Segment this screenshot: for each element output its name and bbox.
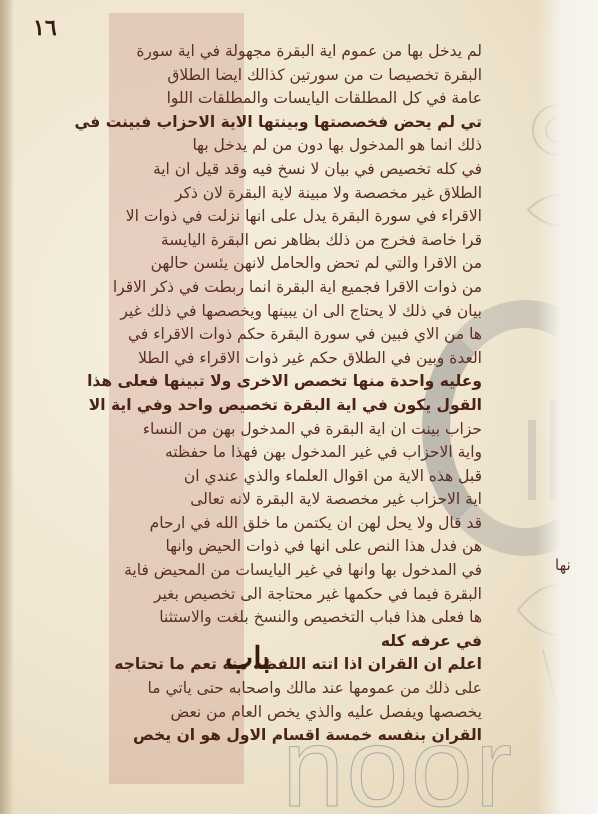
text-line: قرا خاصة فخرج من ذلك بظاهر نص البقرة الي… [42, 229, 482, 253]
text-line: في كله تخصيص في بيان لا نسخ فيه وقد قيل … [42, 158, 482, 182]
text-line: القول يكون في اية البقرة تخصيص واحد وفي … [42, 394, 482, 418]
text-line: الطلاق غير مخصصة ولا مبينة لاية البقرة ل… [42, 182, 482, 206]
text-line: من الاقرا والتي لم تحض والحامل لانهن يئس… [42, 252, 482, 276]
text-line: تي لم يحض فخصصتها وبينتها الاية الاحزاب … [42, 111, 482, 135]
text-line: البقرة فيما في حكمها غير محتاجة الى تخصي… [42, 583, 482, 607]
text-line: بيان في ذلك لا يحتاج الى ان يبينها ويخصص… [42, 300, 482, 324]
text-line: ها من الاي فبين في سورة البقرة حكم ذوات … [42, 323, 482, 347]
text-line: قد قال ولا يحل لهن ان يكتمن ما خلق الله … [42, 512, 482, 536]
text-line: لم يدخل بها من عموم اية البقرة مجهولة في… [42, 40, 482, 64]
text-line: واية الاحزاب في غير المدخول بهن فهذا ما … [42, 441, 482, 465]
page-edge-right [536, 0, 598, 814]
text-line: الاقراء في سورة البقرة يدل على انها نزلت… [42, 205, 482, 229]
text-line: على ذلك من عمومها عند مالك واصحابه حتى ي… [42, 677, 482, 701]
text-line: عامة في كل المطلقات اليايسات والمطلقات ا… [42, 87, 482, 111]
watermark-text: noor [282, 718, 514, 814]
text-line: هن فدل هذا النص على انها في ذوات الحيض و… [42, 535, 482, 559]
text-line: قبل هذه الاية من اقوال العلماء والذي عند… [42, 465, 482, 489]
folio-number: ١٦ [33, 15, 57, 41]
text-line: حزاب بينت ان اية البقرة في المدخول بهن م… [42, 418, 482, 442]
text-line: من ذوات الاقرا فجميع اية البقرة انما ربط… [42, 276, 482, 300]
chapter-heading: باب [225, 641, 271, 676]
text-line: العدة وبين في الطلاق حكم غير ذوات الاقرا… [42, 347, 482, 371]
margin-note: نها [555, 556, 571, 574]
text-line: اية الاحزاب غير مخصصة لاية البقرة لانه ت… [42, 488, 482, 512]
text-line: ذلك انما هو المدخول بها دون من لم يدخل ب… [42, 134, 482, 158]
page-edge-left [0, 0, 14, 814]
text-line: ها فعلى هذا فباب التخصيص والنسخ بلغت وال… [42, 606, 482, 630]
text-line: في المدخول بها وانها في غير اليايسات من … [42, 559, 482, 583]
manuscript-page: ١٦ لم يدخل بها من عموم اية البقرة مجهولة… [0, 0, 598, 814]
text-line: البقرة تخصيصا ت من سورتين كذالك ايضا الط… [42, 64, 482, 88]
text-line: وعليه واحدة منها تخصص الاخرى ولا تبينها … [42, 370, 482, 394]
